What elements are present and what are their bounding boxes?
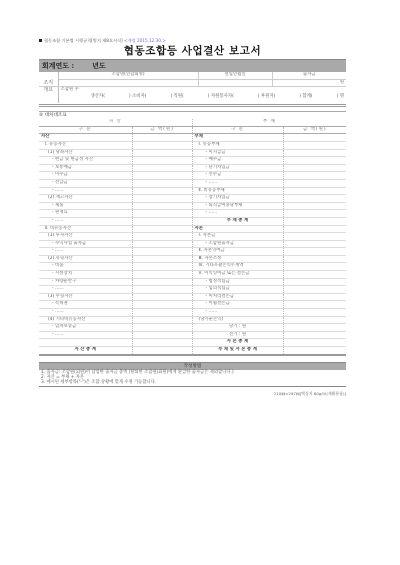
liability-amount-field[interactable] bbox=[283, 217, 346, 225]
member-employee[interactable]: ) 직원( bbox=[170, 93, 183, 101]
asset-amount-field[interactable] bbox=[132, 195, 192, 203]
asset-amount-field[interactable] bbox=[132, 309, 192, 317]
liability-item: - 선수금 bbox=[192, 172, 283, 180]
asset-amount-field[interactable] bbox=[132, 293, 192, 301]
liability-item: - …… bbox=[192, 309, 283, 317]
liability-item: - 임의적립금 bbox=[192, 286, 283, 294]
balance-sheet-col-header: 구 분 금 액(원) 구 분 금 액(원) bbox=[39, 126, 346, 134]
asset-item: - 원재료 bbox=[39, 210, 132, 218]
asset-item: - 보통예금 bbox=[39, 164, 132, 172]
liabilities-amount-header: 금 액(원) bbox=[283, 126, 346, 134]
table-row: Ⅰ. 유동자산Ⅰ. 유동부채 bbox=[39, 141, 346, 149]
table-row: - 차량운반구- 법정적립금 bbox=[39, 278, 346, 286]
balance-sheet-group-header: 자 산 부 채 bbox=[39, 119, 346, 126]
capital-field[interactable]: 원 bbox=[272, 79, 346, 87]
col-founded-date: 설립연월일 bbox=[198, 72, 272, 79]
asset-item: - …… bbox=[39, 309, 132, 317]
asset-amount-field[interactable] bbox=[132, 255, 192, 263]
liability-amount-field[interactable] bbox=[283, 164, 346, 172]
liability-amount-field[interactable] bbox=[283, 339, 346, 347]
liability-item: (당기순손익) bbox=[192, 316, 283, 324]
liability-amount-field[interactable] bbox=[283, 293, 346, 301]
asset-item: 자산 bbox=[39, 134, 132, 142]
asset-item: (2) 재고자산 bbox=[39, 195, 132, 203]
table-row: - ……Ⅱ. 비유동부채 bbox=[39, 187, 346, 195]
member-unit: ) 명 bbox=[337, 93, 344, 101]
asset-item: - …… bbox=[39, 248, 132, 256]
paper-spec: 210㎜×297㎜[백상지 80g/㎡(재활용품)] bbox=[39, 391, 346, 397]
member-producer[interactable]: 생산자( bbox=[91, 93, 105, 101]
liability-amount-field[interactable] bbox=[283, 248, 346, 256]
organization-table: 조직 조합명(연합회명) 설립연월일 출자금 원 개요 조합원 수 생산자( )… bbox=[39, 72, 346, 103]
table-row: (1) 투자자산Ⅰ. 자본금 bbox=[39, 233, 346, 241]
member-consumer[interactable]: ) 소비자( bbox=[129, 93, 147, 101]
member-total[interactable]: ) 합계( bbox=[299, 93, 312, 101]
asset-amount-field[interactable] bbox=[132, 179, 192, 187]
table-row: (1) 당좌자산- 미지급금 bbox=[39, 149, 346, 157]
asset-item: - 특허권 bbox=[39, 301, 132, 309]
liability-item: - 미처리결손금 bbox=[192, 293, 283, 301]
asset-item: - 수익사업 출자금 bbox=[39, 240, 132, 248]
table-row: 자 본 총 계 bbox=[39, 339, 346, 347]
asset-amount-field[interactable] bbox=[132, 134, 192, 142]
liability-amount-field[interactable] bbox=[283, 301, 346, 309]
liability-item: 당기 : 원 bbox=[192, 324, 283, 332]
double-divider bbox=[39, 104, 346, 107]
asset-item: Ⅱ. 비유동자산 bbox=[39, 225, 132, 233]
liability-amount-field[interactable] bbox=[283, 263, 346, 271]
liability-item: 자본 bbox=[192, 225, 283, 233]
asset-amount-field[interactable] bbox=[132, 141, 192, 149]
liability-item: - 장기차입금 bbox=[192, 195, 283, 203]
liability-item: 부 채 총 계 bbox=[192, 217, 283, 225]
asset-amount-field[interactable] bbox=[132, 172, 192, 180]
asset-item: - 차량운반구 bbox=[39, 278, 132, 286]
asset-amount-field[interactable] bbox=[132, 164, 192, 172]
balance-sheet-table: 자 산 부 채 구 분 금 액(원) 구 분 금 액(원) 자산부채Ⅰ. 유동자… bbox=[39, 119, 346, 355]
asset-item bbox=[39, 339, 132, 347]
fiscal-year-label: 회계연도 : bbox=[42, 61, 74, 70]
liability-amount-field[interactable] bbox=[283, 157, 346, 165]
asset-item: 자 산 총 계 bbox=[39, 347, 132, 355]
liability-amount-field[interactable] bbox=[283, 187, 346, 195]
liability-amount-field[interactable] bbox=[283, 202, 346, 210]
org-label-top: 조직 bbox=[39, 72, 58, 87]
balance-sheet-title: ⑤ 대차대조표 bbox=[39, 111, 346, 119]
report-page: 협동조합 기본법 시행규칙[별지 제8호서식] <개정 2015.12.30.>… bbox=[39, 38, 346, 397]
table-row: - 임차보증금당기 : 원 bbox=[39, 324, 346, 332]
asset-item: Ⅰ. 유동자산 bbox=[39, 141, 132, 149]
coop-name-field[interactable] bbox=[58, 79, 198, 87]
liability-amount-field[interactable] bbox=[283, 210, 346, 218]
liability-amount-field[interactable] bbox=[283, 172, 346, 180]
liability-item: 부 채 및 자 본 총 계 bbox=[192, 347, 283, 355]
member-types: 생산자( ) 소비자( ) 직원( ) 자원봉사자( ) 후원자( ) 합계( … bbox=[61, 93, 345, 101]
liability-item: 자 본 총 계 bbox=[192, 339, 283, 347]
table-row: 자산부채 bbox=[39, 134, 346, 142]
liability-item: Ⅳ. 기타포괄손익누계액 bbox=[192, 263, 283, 271]
asset-item: (2) 유형자산 bbox=[39, 255, 132, 263]
table-row: - 제품- 퇴직급여충당부채 bbox=[39, 202, 346, 210]
asset-item: (4) 기타비유동자산 bbox=[39, 316, 132, 324]
liability-amount-field[interactable] bbox=[283, 225, 346, 233]
asset-amount-field[interactable] bbox=[132, 263, 192, 271]
liability-amount-field[interactable] bbox=[283, 195, 346, 203]
liability-amount-field[interactable] bbox=[283, 233, 346, 241]
liability-item: Ⅰ. 유동부채 bbox=[192, 141, 283, 149]
founded-date-field[interactable] bbox=[198, 79, 272, 87]
table-row: - 미수금- 선수금 bbox=[39, 172, 346, 180]
table-row: - ……부 채 총 계 bbox=[39, 217, 346, 225]
asset-amount-field[interactable] bbox=[132, 324, 192, 332]
liability-item: - 미지급금 bbox=[192, 149, 283, 157]
asset-item: - …… bbox=[39, 331, 132, 339]
liability-item: 전기 : 원 bbox=[192, 331, 283, 339]
fiscal-year-field[interactable]: 년도 bbox=[92, 61, 106, 70]
liability-amount-field[interactable] bbox=[283, 316, 346, 324]
liability-item: Ⅱ. 비유동부채 bbox=[192, 187, 283, 195]
table-row: - ……- …… bbox=[39, 309, 346, 317]
asset-item: - 현금 및 현금성 자산 bbox=[39, 157, 132, 165]
table-row: - ……전기 : 원 bbox=[39, 331, 346, 339]
instructions-section: 작성방법 1. 출자금: 조합원(회원)이 납입한 출자금 총액 [탈퇴한 조합… bbox=[39, 362, 346, 388]
asset-item: - 시설장치 bbox=[39, 271, 132, 279]
liability-item: - …… bbox=[192, 210, 283, 218]
liability-item: Ⅰ. 자본금 bbox=[192, 233, 283, 241]
table-row: - 비품Ⅳ. 기타포괄손익누계액 bbox=[39, 263, 346, 271]
col-capital: 출자금 bbox=[272, 72, 346, 79]
asset-amount-field[interactable] bbox=[132, 187, 192, 195]
table-row: - 선급금- …… bbox=[39, 179, 346, 187]
member-count-row: 조합원 수 생산자( ) 소비자( ) 직원( ) 자원봉사자( ) 후원자( … bbox=[58, 87, 346, 104]
col-coop-name: 조합명(연합회명) bbox=[58, 72, 198, 79]
asset-item: - …… bbox=[39, 286, 132, 294]
org-label-bottom: 개요 bbox=[39, 87, 58, 104]
asset-amount-field[interactable] bbox=[132, 225, 192, 233]
assets-amount-header: 금 액(원) bbox=[132, 126, 192, 134]
asset-item: - 비품 bbox=[39, 263, 132, 271]
liability-amount-field[interactable] bbox=[283, 271, 346, 279]
liability-amount-field[interactable] bbox=[283, 179, 346, 187]
liability-item: 부채 bbox=[192, 134, 283, 142]
table-row: (2) 재고자산- 장기차입금 bbox=[39, 195, 346, 203]
liability-amount-field[interactable] bbox=[283, 286, 346, 294]
instruction-line: 3. 예시된 세부항목("-")은 조합 상황에 맞게 수정 가능합니다. bbox=[39, 380, 346, 385]
square-bullet-icon bbox=[39, 39, 42, 42]
table-row: - ……Ⅱ. 자본잉여금 bbox=[39, 248, 346, 256]
asset-amount-field[interactable] bbox=[132, 301, 192, 309]
asset-amount-field[interactable] bbox=[132, 347, 192, 355]
instructions-title: 작성방법 bbox=[39, 362, 346, 370]
revision-note: <개정 2015.12.30.> bbox=[124, 38, 166, 43]
table-row: - 보통예금- 단기차입금 bbox=[39, 164, 346, 172]
table-row: - 시설장치Ⅴ. 이익잉여금 또는 결손금 bbox=[39, 271, 346, 279]
liability-item: - 퇴직급여충당부채 bbox=[192, 202, 283, 210]
liability-amount-field[interactable] bbox=[283, 149, 346, 157]
asset-amount-field[interactable] bbox=[132, 210, 192, 218]
asset-item: (1) 당좌자산 bbox=[39, 149, 132, 157]
table-row: 자 산 총 계부 채 및 자 본 총 계 bbox=[39, 347, 346, 355]
assets-category-header: 구 분 bbox=[39, 126, 132, 134]
liability-item: - 단기차입금 bbox=[192, 164, 283, 172]
liability-amount-field[interactable] bbox=[283, 240, 346, 248]
liability-amount-field[interactable] bbox=[283, 134, 346, 142]
liability-item: - 조합원출자금 bbox=[192, 240, 283, 248]
liability-amount-field[interactable] bbox=[283, 141, 346, 149]
asset-item: - …… bbox=[39, 217, 132, 225]
asset-item: - 제품 bbox=[39, 202, 132, 210]
liabilities-category-header: 구 분 bbox=[192, 126, 283, 134]
table-row: - 원재료- …… bbox=[39, 210, 346, 218]
table-row: (4) 기타비유동자산(당기순손익) bbox=[39, 316, 346, 324]
liability-amount-field[interactable] bbox=[283, 347, 346, 355]
asset-amount-field[interactable] bbox=[132, 271, 192, 279]
fiscal-year-bar: 회계연도 :년도 bbox=[39, 59, 346, 72]
table-row: Ⅱ. 비유동자산자본 bbox=[39, 225, 346, 233]
asset-amount-field[interactable] bbox=[132, 202, 192, 210]
member-sponsor[interactable]: ) 후원자( bbox=[258, 93, 276, 101]
liability-item: - 이월결손금 bbox=[192, 301, 283, 309]
liability-amount-field[interactable] bbox=[283, 278, 346, 286]
liability-amount-field[interactable] bbox=[283, 255, 346, 263]
table-row: - 현금 및 현금성 자산- 예수금 bbox=[39, 157, 346, 165]
table-row: - ……- 임의적립금 bbox=[39, 286, 346, 294]
page-title: 협동조합등 사업결산 보고서 bbox=[39, 44, 346, 59]
asset-amount-field[interactable] bbox=[132, 217, 192, 225]
asset-amount-field[interactable] bbox=[132, 339, 192, 347]
asset-amount-field[interactable] bbox=[132, 233, 192, 241]
liability-item: - …… bbox=[192, 179, 283, 187]
asset-amount-field[interactable] bbox=[132, 248, 192, 256]
asset-amount-field[interactable] bbox=[132, 157, 192, 165]
liability-item: Ⅲ. 자본조정 bbox=[192, 255, 283, 263]
instructions-divider bbox=[39, 386, 346, 387]
asset-item: - 미수금 bbox=[39, 172, 132, 180]
asset-item: - …… bbox=[39, 187, 132, 195]
asset-amount-field[interactable] bbox=[132, 149, 192, 157]
table-row: - 특허권- 이월결손금 bbox=[39, 301, 346, 309]
liability-item: - 법정적립금 bbox=[192, 278, 283, 286]
liability-amount-field[interactable] bbox=[283, 331, 346, 339]
asset-amount-field[interactable] bbox=[132, 240, 192, 248]
asset-amount-field[interactable] bbox=[132, 331, 192, 339]
asset-item: (1) 투자자산 bbox=[39, 233, 132, 241]
asset-amount-field[interactable] bbox=[132, 278, 192, 286]
liability-amount-field[interactable] bbox=[283, 309, 346, 317]
liability-amount-field[interactable] bbox=[283, 324, 346, 332]
member-volunteer[interactable]: ) 자원봉사자( bbox=[208, 93, 234, 101]
liability-item: - 예수금 bbox=[192, 157, 283, 165]
asset-item: (3) 무형자산 bbox=[39, 293, 132, 301]
table-row: (2) 유형자산Ⅲ. 자본조정 bbox=[39, 255, 346, 263]
liability-item: Ⅴ. 이익잉여금 또는 결손금 bbox=[192, 271, 283, 279]
liability-item: Ⅱ. 자본잉여금 bbox=[192, 248, 283, 256]
table-row: - 수익사업 출자금- 조합원출자금 bbox=[39, 240, 346, 248]
liabilities-header: 부 채 bbox=[192, 119, 346, 126]
assets-header: 자 산 bbox=[39, 119, 192, 126]
asset-amount-field[interactable] bbox=[132, 316, 192, 324]
asset-amount-field[interactable] bbox=[132, 286, 192, 294]
table-row: (3) 무형자산- 미처리결손금 bbox=[39, 293, 346, 301]
asset-item: - 선급금 bbox=[39, 179, 132, 187]
asset-item: - 임차보증금 bbox=[39, 324, 132, 332]
